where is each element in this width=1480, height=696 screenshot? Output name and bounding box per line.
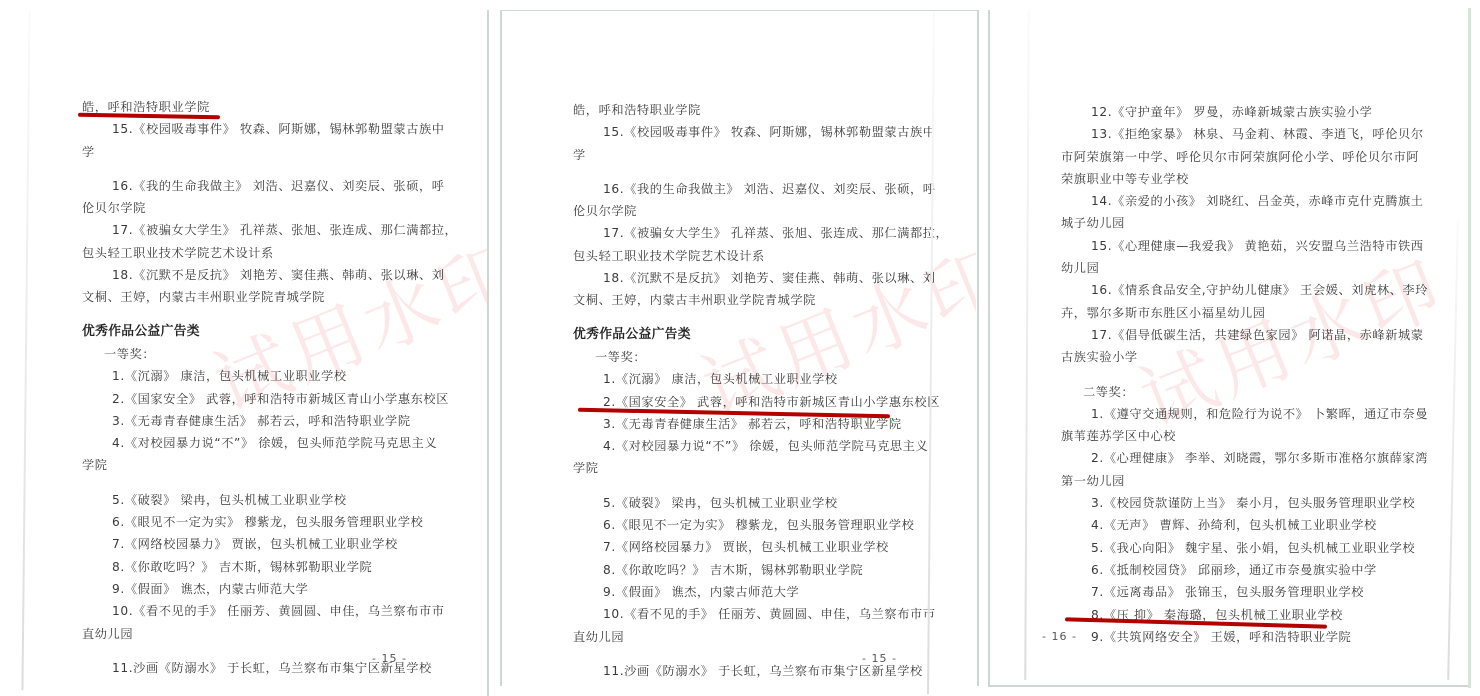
- award-entry-line: 包头轻工职业技术学院艺术设计系: [573, 245, 948, 267]
- award-entry-line: 18.《沉默不是反抗》 刘艳芳、窦佳燕、韩萌、张以琳、刘: [573, 267, 948, 289]
- award-entry-line: 13.《拒绝家暴》 林泉、马金莉、林霞、李逍飞，呼伦贝尔: [1061, 123, 1428, 145]
- award-entry-line: 16.《我的生命我做主》 刘浩、迟嘉仪、刘奕辰、张硕，呼: [82, 175, 457, 197]
- award-entry-line: 6.《抵制校园贷》 邱丽珍，通辽市奈曼旗实验中学: [1061, 559, 1428, 581]
- award-entry-line: 16.《情系食品安全,守护幼儿健康》 王会媛、刘虎林、李玲: [1061, 279, 1428, 301]
- award-entry-line: 第一幼儿园: [1061, 470, 1428, 492]
- page-number: - 16 -: [1042, 630, 1077, 643]
- section-heading: 优秀作品公益广告类: [573, 324, 948, 346]
- award-entry-line: 7.《网络校园暴力》 贾嵌，包头机械工业职业学校: [573, 536, 948, 558]
- award-entry-line: 皓，呼和浩特职业学院: [573, 99, 948, 121]
- award-entry-line: 16.《我的生命我做主》 刘浩、迟嘉仪、刘奕辰、张硕，呼: [573, 178, 948, 200]
- award-entry-line: 3.《无毒青春健康生活》 郝若云，呼和浩特职业学院: [82, 410, 457, 432]
- spacer: [1061, 369, 1428, 381]
- page-border-bottom: [988, 685, 1470, 687]
- award-entry-line: 学: [82, 141, 457, 163]
- award-level-heading: 二等奖：: [1061, 381, 1428, 403]
- award-entry-line: 文桐、王婷，内蒙古丰州职业学院青城学院: [573, 289, 948, 311]
- award-entry-line: 伦贝尔学院: [82, 197, 457, 219]
- award-entry-line: 8.《你敢吃吗？》 吉木斯，锡林郭勒职业学院: [82, 556, 457, 578]
- page-panel-right: 试用水印 12.《守护童年》 罗曼，赤峰新城蒙古族实验小学13.《拒绝家暴》 林…: [991, 10, 1467, 685]
- award-entry-line: 5.《破裂》 梁冉，包头机械工业职业学校: [573, 492, 948, 514]
- award-entry-line: 伦贝尔学院: [573, 200, 948, 222]
- page-border-right: [1468, 8, 1471, 688]
- award-entry-line: 7.《网络校园暴力》 贾嵌，包头机械工业职业学校: [82, 533, 457, 555]
- award-entry-line: 18.《沉默不是反抗》 刘艳芳、窦佳燕、韩萌、张以琳、刘: [82, 264, 457, 286]
- section-heading: 优秀作品公益广告类: [82, 321, 457, 343]
- award-entry-line: 1.《沉溺》 康洁，包头机械工业职业学校: [573, 368, 948, 390]
- award-entry-line: 9.《假面》 谯杰，内蒙古师范大学: [573, 581, 948, 603]
- page-number: - 15 -: [372, 652, 407, 665]
- award-entry-line: 3.《无毒青春健康生活》 郝若云，呼和浩特职业学院: [573, 413, 948, 435]
- spacer: [82, 477, 457, 489]
- award-entry-line: 10.《看不见的手》 任丽芳、黄圆圆、申佳，乌兰察布市市: [82, 600, 457, 622]
- page-edge: [1447, 220, 1459, 680]
- award-entry-line: 4.《对校园暴力说“不”》 徐媛，包头师范学院马克思主义: [573, 435, 948, 457]
- award-entry-line: 文桐、王婷，内蒙古丰州职业学院青城学院: [82, 286, 457, 308]
- page-border-top: [500, 10, 978, 11]
- page-edge: [1024, 10, 1030, 680]
- document-page-15-left: 皓，呼和浩特职业学院15.《校园吸毒事件》 牧森、阿斯娜，锡林郭勒盟蒙古族中学1…: [82, 96, 457, 679]
- page-panel-middle: 试用水印 皓，呼和浩特职业学院15.《校园吸毒事件》 牧森、阿斯娜，锡林郭勒盟蒙…: [503, 12, 976, 694]
- award-entry-line: 市阿荣旗第一中学、呼伦贝尔市阿荣旗阿伦小学、呼伦贝尔市阿: [1061, 146, 1428, 168]
- award-entry-line: 7.《远离毒品》 张锦玉，包头服务管理职业学校: [1061, 581, 1428, 603]
- award-entry-line: 17.《倡导低碳生活，共建绿色家园》 阿诺晶，赤峰新城蒙: [1061, 324, 1428, 346]
- award-entry-line: 5.《我心向阳》 魏宇星、张小娟，包头机械工业职业学校: [1061, 537, 1428, 559]
- award-entry-line: 15.《校园吸毒事件》 牧森、阿斯娜，锡林郭勒盟蒙古族中: [82, 118, 457, 140]
- award-entry-line: 学院: [82, 454, 457, 476]
- award-entry-line: 古族实验小学: [1061, 346, 1428, 368]
- award-entry-line: 6.《眼见不一定为实》 穆紫龙，包头服务管理职业学校: [573, 514, 948, 536]
- award-level-heading: 一等奖：: [82, 343, 457, 365]
- page-border-left: [988, 10, 990, 686]
- award-entry-line: 包头轻工职业技术学院艺术设计系: [82, 242, 457, 264]
- page-border-right: [977, 10, 979, 686]
- award-entry-line: 直幼儿园: [82, 623, 457, 645]
- award-entry-line: 幼儿园: [1061, 257, 1428, 279]
- award-entry-line: 1.《遵守交通规则，和危险行为说不》 卜繁晖，通辽市奈曼: [1061, 403, 1428, 425]
- document-page-16: 12.《守护童年》 罗曼，赤峰新城蒙古族实验小学13.《拒绝家暴》 林泉、马金莉…: [1061, 101, 1428, 648]
- award-entry-line: 1.《沉溺》 康洁，包头机械工业职业学校: [82, 365, 457, 387]
- award-entry-line: 城子幼儿园: [1061, 212, 1428, 234]
- page-panel-left: 试用水印 皓，呼和浩特职业学院15.《校园吸毒事件》 牧森、阿斯娜，锡林郭勒盟蒙…: [0, 0, 487, 696]
- award-entry-line: 3.《校园贷款谨防上当》 秦小月，包头服务管理职业学校: [1061, 492, 1428, 514]
- page-number: - 15 -: [862, 652, 897, 665]
- award-entry-line: 4.《对校园暴力说“不”》 徐媛，包头师范学院马克思主义: [82, 432, 457, 454]
- award-entry-line: 直幼儿园: [573, 626, 948, 648]
- award-entry-line: 旗苇莲苏学区中心校: [1061, 425, 1428, 447]
- award-entry-line: 12.《守护童年》 罗曼，赤峰新城蒙古族实验小学: [1061, 101, 1428, 123]
- award-entry-line: 9.《假面》 谯杰，内蒙古师范大学: [82, 578, 457, 600]
- award-entry-line: 卉，鄂尔多斯市东胜区小福星幼儿园: [1061, 302, 1428, 324]
- spacer: [82, 163, 457, 175]
- page-edge: [21, 10, 30, 690]
- document-page-15-middle: 皓，呼和浩特职业学院15.《校园吸毒事件》 牧森、阿斯娜，锡林郭勒盟蒙古族中学1…: [573, 99, 948, 682]
- award-entry-line: 2.《国家安全》 武蓉，呼和浩特市新城区青山小学惠东校区: [82, 388, 457, 410]
- award-entry-line: 荣旗职业中等专业学校: [1061, 168, 1428, 190]
- award-entry-line: 6.《眼见不一定为实》 穆紫龙，包头服务管理职业学校: [82, 511, 457, 533]
- award-entry-line: 14.《亲爱的小孩》 刘晓红、吕金英，赤峰市克什克腾旗土: [1061, 190, 1428, 212]
- award-entry-line: 4.《无声》 曹辉、孙绮利，包头机械工业职业学校: [1061, 514, 1428, 536]
- panel-divider: [487, 10, 489, 696]
- award-level-heading: 一等奖：: [573, 346, 948, 368]
- award-entry-line: 15.《校园吸毒事件》 牧森、阿斯娜，锡林郭勒盟蒙古族中: [573, 121, 948, 143]
- award-entry-line: 10.《看不见的手》 任丽芳、黄圆圆、申佳，乌兰察布市市: [573, 603, 948, 625]
- spacer: [573, 166, 948, 178]
- award-entry-line: 8.《你敢吃吗？》 吉木斯，锡林郭勒职业学院: [573, 559, 948, 581]
- award-entry-line: 学院: [573, 457, 948, 479]
- award-entry-line: 17.《被骗女大学生》 孔祥蒸、张旭、张连成、那仁满都拉，: [573, 222, 948, 244]
- page-border-left: [500, 10, 502, 686]
- award-entry-line: 15.《心理健康—我爱我》 黄艳茹，兴安盟乌兰浩特市铁西: [1061, 235, 1428, 257]
- award-entry-line: 2.《心理健康》 李举、刘晓霞，鄂尔多斯市准格尔旗薛家湾: [1061, 447, 1428, 469]
- spacer: [573, 480, 948, 492]
- award-entry-line: 9.《共筑网络安全》 王媛，呼和浩特职业学院: [1061, 626, 1428, 648]
- award-entry-line: 17.《被骗女大学生》 孔祥蒸、张旭、张连成、那仁满都拉，: [82, 219, 457, 241]
- award-entry-line: 5.《破裂》 梁冉，包头机械工业职业学校: [82, 489, 457, 511]
- award-entry-line: 学: [573, 144, 948, 166]
